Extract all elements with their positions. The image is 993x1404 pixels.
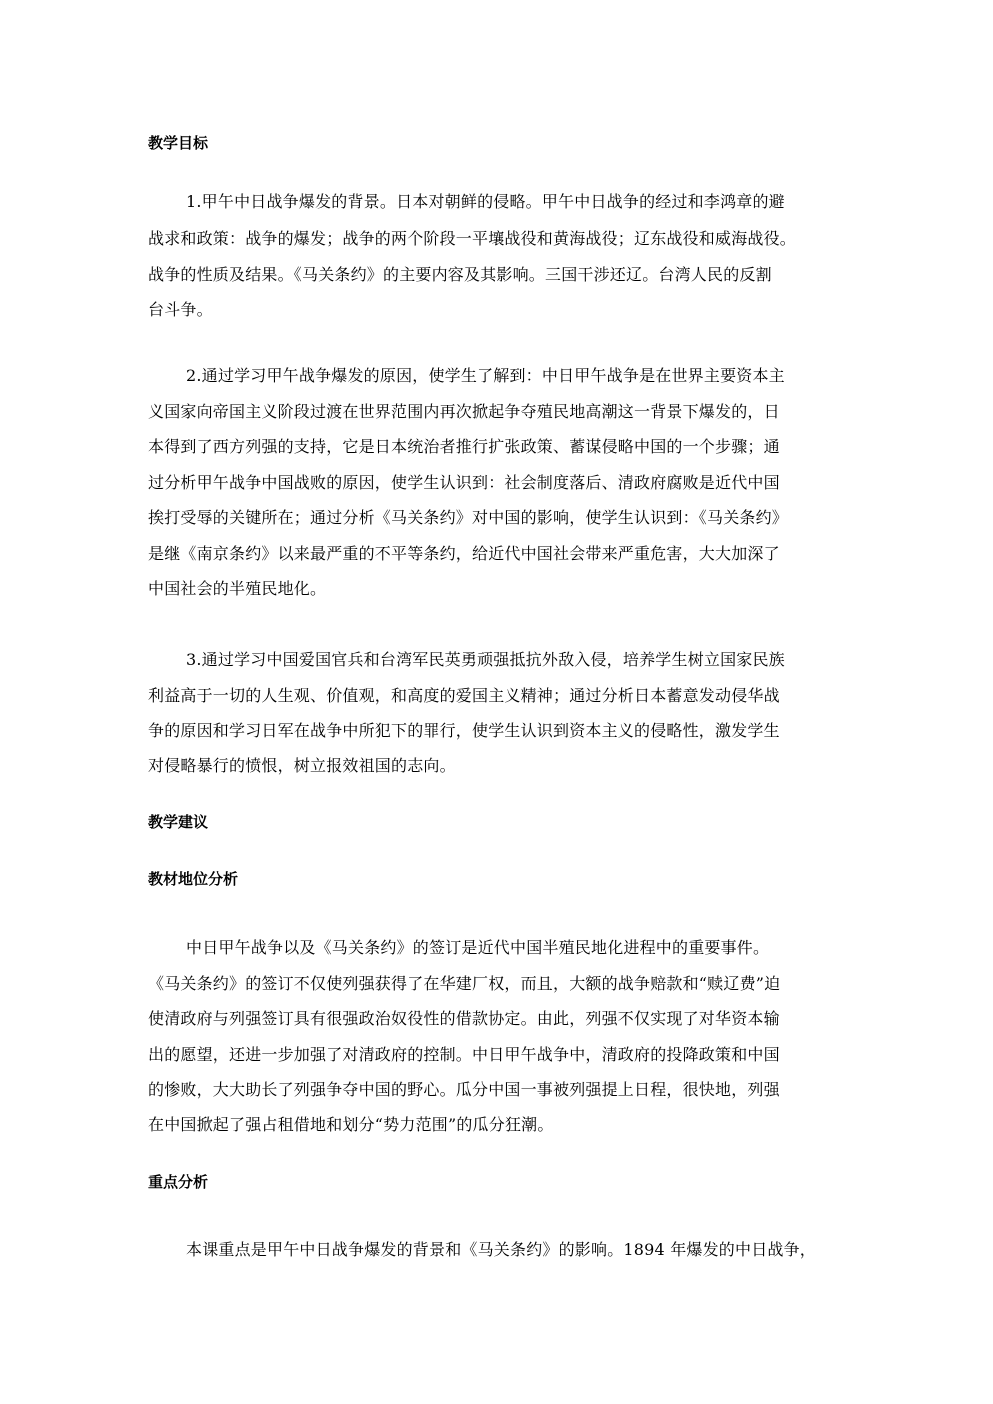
- heading-key-analysis: 重点分析: [148, 1172, 208, 1192]
- paragraph-line: 挨打受辱的关键所在；通过分析《马关条约》对中国的影响，使学生认识到：《马关条约》: [148, 508, 788, 528]
- paragraph-line: 本课重点是甲午中日战争爆发的背景和《马关条约》的影响。1894 年爆发的中日战争…: [186, 1240, 816, 1260]
- heading-material-analysis: 教材地位分析: [148, 869, 238, 889]
- paragraph-line: 中国社会的半殖民地化。: [148, 579, 326, 599]
- paragraph-line: 战求和政策：战争的爆发；战争的两个阶段一平壤战役和黄海战役；辽东战役和威海战役。: [148, 229, 796, 249]
- heading-teaching-goals: 教学目标: [148, 133, 208, 153]
- paragraph-line: 《马关条约》的签订不仅使列强获得了在华建厂权，而且，大额的战争赔款和“赎辽费”迫: [148, 974, 780, 994]
- paragraph-line: 1.甲午中日战争爆发的背景。日本对朝鲜的侵略。甲午中日战争的经过和李鸿章的避: [186, 192, 785, 212]
- heading-teaching-suggestions: 教学建议: [148, 812, 208, 832]
- paragraph-line: 争的原因和学习日军在战争中所犯下的罪行，使学生认识到资本主义的侵略性，激发学生: [148, 721, 780, 741]
- paragraph-line: 在中国掀起了强占租借地和划分“势力范围”的瓜分狂潮。: [148, 1115, 554, 1135]
- paragraph-line: 的惨败，大大助长了列强争夺中国的野心。瓜分中国一事被列强提上日程，很快地，列强: [148, 1080, 780, 1100]
- paragraph-line: 2.通过学习甲午战争爆发的原因，使学生了解到：中日甲午战争是在世界主要资本主: [186, 366, 785, 386]
- paragraph-line: 是继《南京条约》以来最严重的不平等条约，给近代中国社会带来严重危害，大大加深了: [148, 544, 780, 564]
- paragraph-line: 义国家向帝国主义阶段过渡在世界范围内再次掀起争夺殖民地高潮这一背景下爆发的，日: [148, 402, 780, 422]
- paragraph-line: 出的愿望，还进一步加强了对清政府的控制。中日甲午战争中，清政府的投降政策和中国: [148, 1045, 780, 1065]
- paragraph-line: 利益高于一切的人生观、价值观，和高度的爱国主义精神；通过分析日本蓄意发动侵华战: [148, 686, 780, 706]
- paragraph-line: 战争的性质及结果。《马关条约》的主要内容及其影响。三国干涉还辽。台湾人民的反割: [148, 265, 772, 285]
- paragraph-line: 使清政府与列强签订具有很强政治奴役性的借款协定。由此，列强不仅实现了对华资本输: [148, 1009, 780, 1029]
- paragraph-line: 过分析甲午战争中国战败的原因，使学生认识到：社会制度落后、清政府腐败是近代中国: [148, 473, 780, 493]
- paragraph-line: 台斗争。: [148, 300, 213, 320]
- paragraph-line: 对侵略暴行的愤恨，树立报效祖国的志向。: [148, 756, 456, 776]
- paragraph-line: 3.通过学习中国爱国官兵和台湾军民英勇顽强抵抗外敌入侵，培养学生树立国家民族: [186, 650, 785, 670]
- paragraph-line: 中日甲午战争以及《马关条约》的签订是近代中国半殖民地化进程中的重要事件。: [186, 938, 769, 958]
- paragraph-line: 本得到了西方列强的支持，它是日本统治者推行扩张政策、蓄谋侵略中国的一个步骤；通: [148, 437, 780, 457]
